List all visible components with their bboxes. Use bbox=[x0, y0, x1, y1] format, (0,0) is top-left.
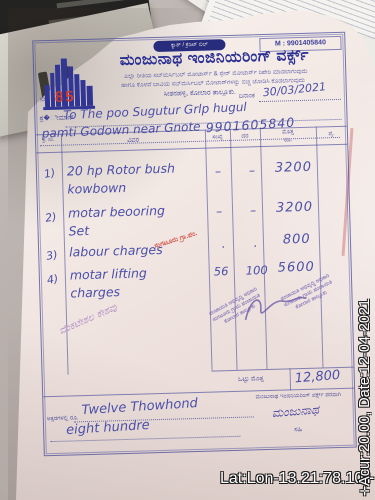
item-qty: · bbox=[221, 240, 225, 254]
col-header-qty: ಸಂಖ್ಯೆ bbox=[203, 134, 232, 142]
item-desc: motar lifting charges bbox=[70, 264, 175, 303]
bill-no-value: 85 bbox=[55, 88, 76, 106]
crosshair-icon: ✛ bbox=[358, 486, 372, 496]
item-rate: · bbox=[253, 239, 257, 253]
col-header-ps: ಪೈ. bbox=[316, 131, 347, 139]
item-rate: – bbox=[250, 203, 256, 217]
item-rate: 100 bbox=[246, 263, 268, 278]
amount-words-line-1: Twelve Thowhond bbox=[81, 396, 198, 418]
bill-no-label: ನಂ. bbox=[40, 96, 49, 104]
gps-watermark: Lat:Lon-13.21:78.10✛ bbox=[220, 470, 374, 488]
item-amount: 3200 bbox=[276, 200, 313, 216]
item-sno: 3) bbox=[45, 248, 58, 263]
col-header-rate: ದರ bbox=[230, 133, 260, 141]
item-qty: – bbox=[216, 204, 222, 218]
item-amount: 5600 bbox=[277, 260, 314, 276]
item-qty: – bbox=[215, 164, 221, 178]
photo-of-invoice: ಕ್ಯಾಶ್ / ಕ್ರೆಡಿಟ್ ಬಿಲ್ M : 9901405840 ಮಂ… bbox=[0, 0, 375, 500]
item-rate: – bbox=[249, 163, 255, 177]
item-qty: 56 bbox=[214, 264, 229, 278]
item-sno: 1) bbox=[43, 166, 56, 181]
col-header-desc: ವಿವರ bbox=[61, 135, 205, 147]
item-desc: 20 hp Rotor bush kowbown bbox=[67, 159, 206, 199]
item-sno: 4) bbox=[46, 272, 59, 287]
bill-frame: ಕ್ಯಾಶ್ / ಕ್ರೆಡಿಟ್ ಬಿಲ್ M : 9901405840 ಮಂ… bbox=[32, 32, 356, 457]
item-amount: 3200 bbox=[275, 160, 312, 176]
col-header-sno: ಕ್ರ. ಸಂ. bbox=[36, 137, 61, 144]
meta-watermark-vertical: ✛Acur:20.00, Date:12-04-2021 bbox=[357, 166, 373, 496]
for-company-label: ಮಂಜುನಾಥ ಇಂಜಿನಿಯರಿಂಗ್ ವರ್ಕ್ಸ್ ಪರವಾಗಿ bbox=[245, 392, 351, 402]
total-value-handwritten: 12,800 bbox=[294, 368, 341, 387]
date-rule bbox=[259, 99, 341, 102]
item-sno: 2) bbox=[44, 210, 57, 225]
item-amount: 800 bbox=[283, 232, 311, 248]
item-desc: motar beooring Set bbox=[68, 201, 187, 240]
sign-label: ಸಹಿ bbox=[294, 426, 302, 434]
total-label: ಒಟ್ಟು ಮೊತ್ತ bbox=[212, 374, 290, 384]
owner-signature: ಮಂಜುನಾಥ bbox=[271, 402, 319, 421]
